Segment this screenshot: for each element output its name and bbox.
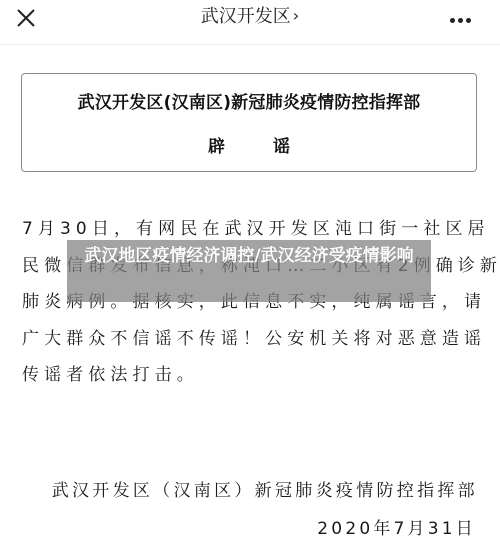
signature-issuer: 武汉开发区（汉南区）新冠肺炎疫情防控指挥部 — [52, 476, 478, 501]
notice-type-char-2: 谣 — [273, 137, 290, 157]
account-title-link[interactable]: 武汉开发区› — [0, 3, 500, 30]
caption-overlay: 武汉地区疫情经济调控/武汉经济受疫情影响 — [67, 240, 431, 302]
more-icon-dot — [458, 18, 463, 23]
body-line: 传谣者依法打击。 — [22, 357, 482, 394]
notice-type-char-1: 辟 — [208, 137, 225, 157]
notice-type: 辟谣 — [22, 132, 476, 157]
notice-header-box: 武汉开发区(汉南区)新冠肺炎疫情防控指挥部 辟谣 — [21, 73, 477, 172]
signature-date: 2020年7月31日 — [317, 514, 476, 539]
notice-body: 7月30日，有网民在武汉开发区沌口街一社区居 民微信群发布信息，称沌口…二小区有… — [22, 211, 482, 394]
chevron-right-icon: › — [293, 3, 299, 29]
page-title: 武汉开发区 — [201, 6, 291, 27]
top-navigation-bar: 武汉开发区› — [0, 0, 500, 45]
more-icon-dot — [466, 18, 471, 23]
body-line: 广大群众不信谣不传谣！公安机关将对恶意造谣 — [22, 321, 482, 358]
more-options-button[interactable] — [450, 10, 476, 22]
notice-issuer: 武汉开发区(汉南区)新冠肺炎疫情防控指挥部 — [22, 88, 476, 113]
overlay-caption: 武汉地区疫情经济调控/武汉经济受疫情影响 — [67, 245, 431, 268]
more-icon-dot — [450, 18, 455, 23]
